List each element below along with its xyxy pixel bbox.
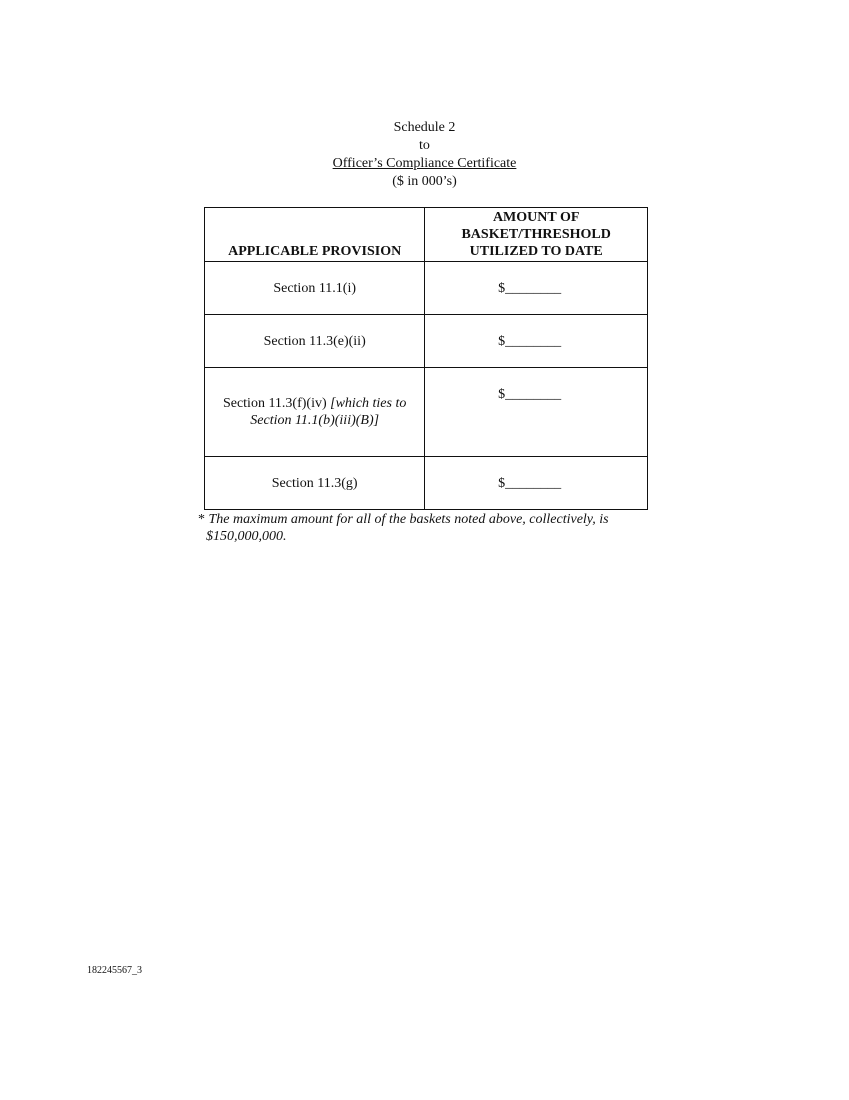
schedule-heading: Schedule 2 to Officer’s Compliance Certi…: [0, 119, 849, 191]
provision-text: Section 11.3(f)(iv): [223, 396, 327, 411]
provision-cell: Section 11.3(f)(iv) [which ties to Secti…: [205, 368, 425, 457]
certificate-title: Officer’s Compliance Certificate: [0, 155, 849, 173]
table-row: Section 11.3(g) $________: [205, 457, 648, 510]
column-header-amount-line: AMOUNT OF: [425, 209, 647, 226]
amount-cell[interactable]: $________: [425, 368, 648, 457]
table-row: Section 11.1(i) $________: [205, 262, 648, 315]
column-header-amount-line: UTILIZED TO DATE: [425, 243, 647, 260]
footnote-text-line2: $150,000,000.: [198, 528, 651, 545]
column-header-provision: APPLICABLE PROVISION: [205, 208, 425, 262]
provision-cell: Section 11.3(g): [205, 457, 425, 510]
provision-note: [which ties to: [330, 396, 406, 411]
table-row: Section 11.3(e)(ii) $________: [205, 315, 648, 368]
provision-cell: Section 11.3(e)(ii): [205, 315, 425, 368]
table-row: Section 11.3(f)(iv) [which ties to Secti…: [205, 368, 648, 457]
column-header-amount: AMOUNT OF BASKET/THRESHOLD UTILIZED TO D…: [425, 208, 648, 262]
amount-blank[interactable]: $________: [498, 386, 574, 403]
document-id: 182245567_3: [87, 965, 142, 977]
footnote-text-line1: The maximum amount for all of the basket…: [209, 512, 609, 527]
amount-cell[interactable]: $________: [425, 457, 648, 510]
provision-cell: Section 11.1(i): [205, 262, 425, 315]
column-header-amount-line: BASKET/THRESHOLD: [425, 226, 647, 243]
schedule-title: Schedule 2: [0, 119, 849, 137]
table-header-row: APPLICABLE PROVISION AMOUNT OF BASKET/TH…: [205, 208, 648, 262]
units-note: ($ in 000’s): [0, 173, 849, 191]
amount-cell[interactable]: $________: [425, 262, 648, 315]
footnote-marker: *: [198, 512, 205, 527]
amount-blank[interactable]: $________: [498, 475, 574, 492]
amount-blank[interactable]: $________: [498, 280, 574, 297]
amount-blank[interactable]: $________: [498, 333, 574, 350]
baskets-table: APPLICABLE PROVISION AMOUNT OF BASKET/TH…: [204, 207, 648, 510]
footnote: * The maximum amount for all of the bask…: [198, 511, 651, 545]
schedule-to: to: [0, 137, 849, 155]
amount-cell[interactable]: $________: [425, 315, 648, 368]
provision-note-line2: Section 11.1(b)(iii)(B)]: [205, 412, 424, 429]
